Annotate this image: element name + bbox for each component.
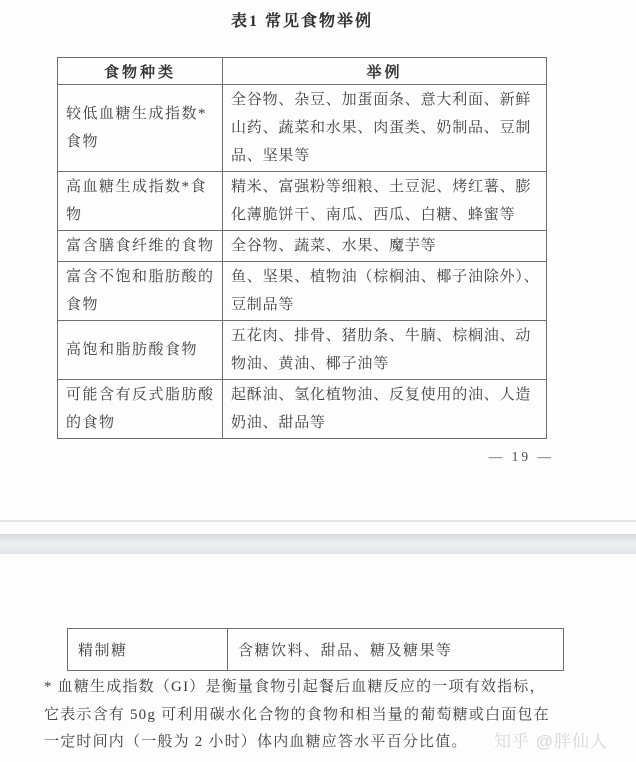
table-row: 可能含有反式脂肪酸的食物 起酥油、氢化植物油、反复使用的油、人造奶油、甜品等 — [58, 380, 547, 439]
cell-examples: 五花肉、排骨、猪肋条、牛腩、棕榈油、动物油、黄油、椰子油等 — [223, 321, 547, 380]
table-row: 高血糖生成指数*食物 精米、富强粉等细粮、土豆泥、烤红薯、膨化薄脆饼干、南瓜、西… — [58, 172, 547, 231]
table-row: 精制糖 含糖饮料、甜品、糖及糖果等 — [68, 629, 564, 671]
food-examples-table: 食物种类 举例 较低血糖生成指数*食物 全谷物、杂豆、加蛋面条、意大利面、新鲜山… — [57, 57, 547, 439]
page-gap-bar — [0, 534, 636, 554]
document-viewer: 表1 常见食物举例 食物种类 举例 较低血糖生成指数*食物 全谷物、杂豆、加蛋面… — [0, 0, 636, 762]
cell-food-type: 富含不饱和脂肪酸的食物 — [58, 262, 223, 321]
header-cell-examples: 举例 — [223, 58, 547, 85]
cell-examples: 含糖饮料、甜品、糖及糖果等 — [228, 629, 564, 671]
table-row: 高饱和脂肪酸食物 五花肉、排骨、猪肋条、牛腩、棕榈油、动物油、黄油、椰子油等 — [58, 321, 547, 380]
cell-examples: 起酥油、氢化植物油、反复使用的油、人造奶油、甜品等 — [223, 380, 547, 439]
header-cell-food-type: 食物种类 — [58, 58, 223, 85]
table-row: 富含不饱和脂肪酸的食物 鱼、坚果、植物油（棕榈油、椰子油除外）、豆制品等 — [58, 262, 547, 321]
page-title: 表1 常见食物举例 — [57, 8, 547, 31]
cell-food-type: 可能含有反式脂肪酸的食物 — [58, 380, 223, 439]
table-row: 富含膳食纤维的食物 全谷物、蔬菜、水果、魔芋等 — [58, 231, 547, 262]
table-row: 较低血糖生成指数*食物 全谷物、杂豆、加蛋面条、意大利面、新鲜山药、蔬菜和水果、… — [58, 85, 547, 172]
cell-food-type: 富含膳食纤维的食物 — [58, 231, 223, 262]
zhihu-watermark: 知乎 @胖仙人 — [494, 727, 608, 752]
page-number: — 19 — — [489, 449, 554, 465]
cell-examples: 全谷物、蔬菜、水果、魔芋等 — [223, 231, 547, 262]
table-header-row: 食物种类 举例 — [58, 58, 547, 85]
cell-food-type: 高饱和脂肪酸食物 — [58, 321, 223, 380]
cell-food-type: 较低血糖生成指数*食物 — [58, 85, 223, 172]
cell-examples: 鱼、坚果、植物油（棕榈油、椰子油除外）、豆制品等 — [223, 262, 547, 321]
page-edge-divider — [0, 520, 636, 522]
refined-sugar-table: 精制糖 含糖饮料、甜品、糖及糖果等 — [67, 628, 564, 671]
cell-food-type: 精制糖 — [68, 629, 228, 671]
cell-food-type: 高血糖生成指数*食物 — [58, 172, 223, 231]
cell-examples: 全谷物、杂豆、加蛋面条、意大利面、新鲜山药、蔬菜和水果、肉蛋类、奶制品、豆制品、… — [223, 85, 547, 172]
cell-examples: 精米、富强粉等细粮、土豆泥、烤红薯、膨化薄脆饼干、南瓜、西瓜、白糖、蜂蜜等 — [223, 172, 547, 231]
